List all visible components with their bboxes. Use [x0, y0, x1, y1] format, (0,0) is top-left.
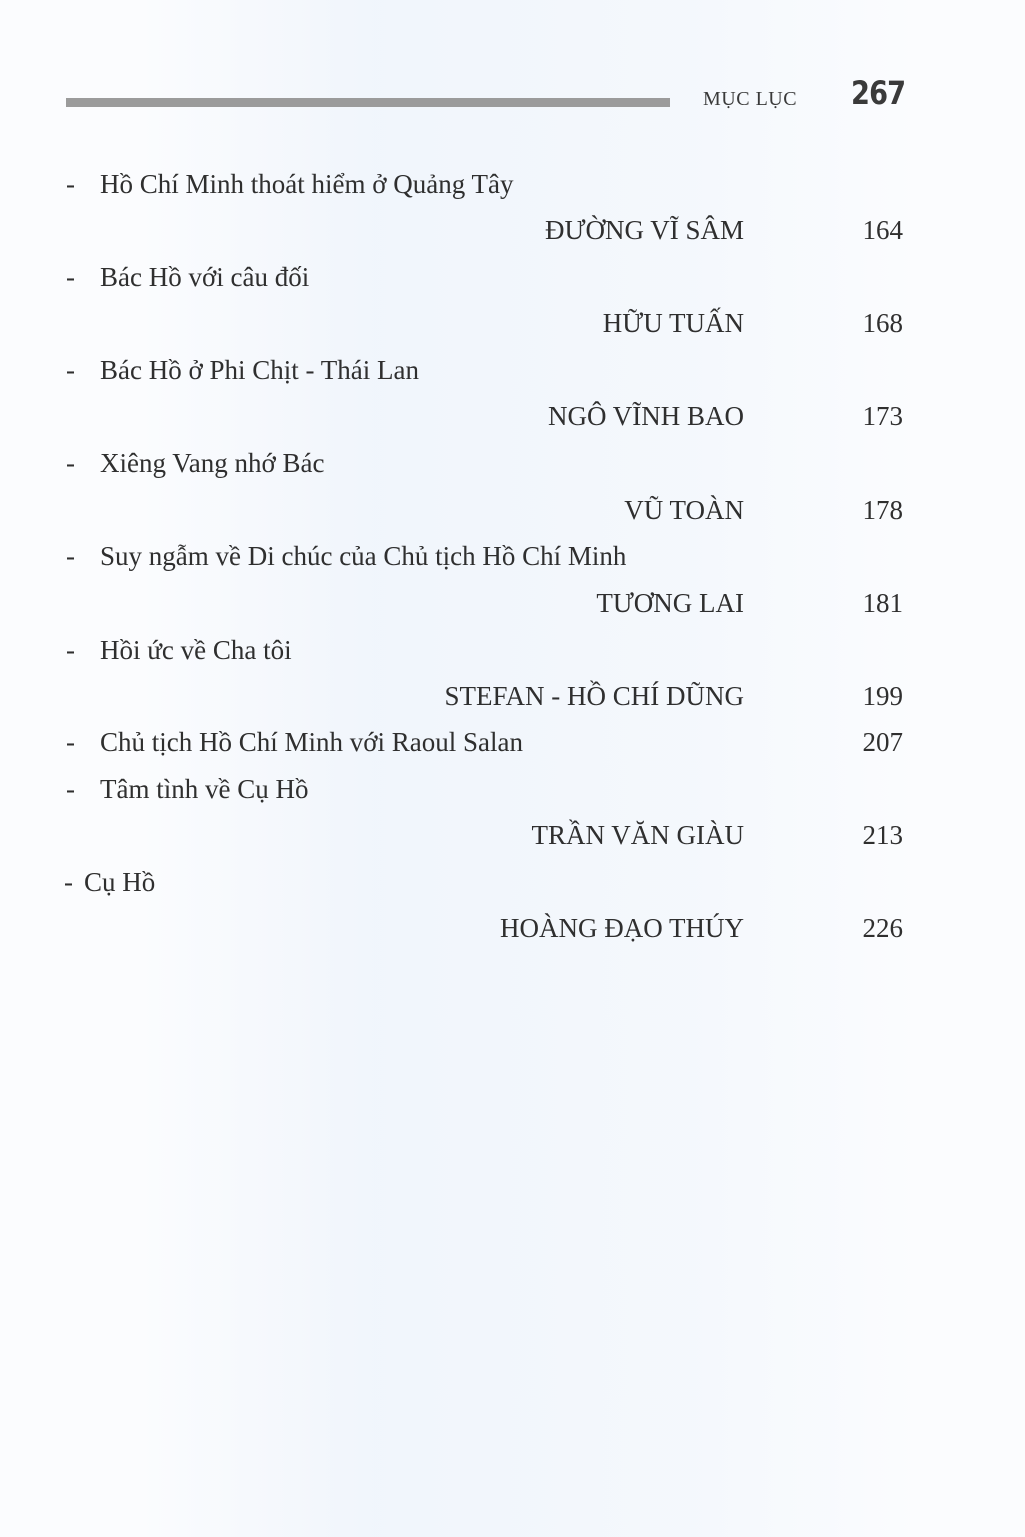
bullet-dash: - [66, 769, 75, 809]
toc-entry-title-row: - Suy ngẫm về Di chúc của Chủ tịch Hồ Ch… [0, 536, 1025, 576]
toc-entry-page: 226 [863, 908, 904, 948]
toc-entry-page: 173 [863, 396, 904, 436]
toc-entry-title-row: - Tâm tình về Cụ Hồ [0, 769, 1025, 809]
bullet-dash: - [66, 722, 75, 762]
toc-entry-title: Chủ tịch Hồ Chí Minh với Raoul Salan [100, 722, 523, 762]
bullet-dash: - [66, 164, 75, 204]
bullet-dash: - [64, 862, 73, 902]
toc-entry-title: Suy ngẫm về Di chúc của Chủ tịch Hồ Chí … [100, 536, 626, 576]
toc-entry-title: Bác Hồ ở Phi Chịt - Thái Lan [100, 350, 419, 390]
bullet-dash: - [66, 350, 75, 390]
toc-entry-title: Tâm tình về Cụ Hồ [100, 769, 308, 809]
toc-entry-page: 199 [863, 676, 904, 716]
toc-entry-title-row: - Hồi ức về Cha tôi [0, 630, 1025, 670]
bullet-dash: - [66, 257, 75, 297]
toc-entry-author: NGÔ VĨNH BAO [548, 396, 744, 436]
toc-entry-title: Bác Hồ với câu đối [100, 257, 309, 297]
toc-entry-author: HỮU TUẤN [603, 303, 744, 343]
toc-entry-author: VŨ TOÀN [624, 490, 744, 530]
bullet-dash: - [66, 536, 75, 576]
toc-entry-page: 207 [863, 722, 904, 762]
toc-entry-author: TRẦN VĂN GIÀU [532, 815, 745, 855]
toc-entry-title-row: - Xiêng Vang nhớ Bác [0, 443, 1025, 483]
toc-entry-page: 168 [863, 303, 904, 343]
bullet-dash: - [66, 630, 75, 670]
toc-entry-author-row: NGÔ VĨNH BAO 173 [0, 396, 1025, 436]
toc-entry-page: 213 [863, 815, 904, 855]
toc-entry-title: Hồi ức về Cha tôi [100, 630, 292, 670]
toc-entry-title: Xiêng Vang nhớ Bác [100, 443, 325, 483]
header-rule [66, 98, 670, 107]
bullet-dash: - [66, 443, 75, 483]
toc-entry-title-row: - Cụ Hồ [0, 862, 1025, 902]
toc-entry-title-row: - Hồ Chí Minh thoát hiểm ở Quảng Tây [0, 164, 1025, 204]
toc-entry-author-row: TƯƠNG LAI 181 [0, 583, 1025, 623]
running-title: MỤC LỤC [703, 88, 797, 111]
toc-entry-title-row: - Bác Hồ với câu đối [0, 257, 1025, 297]
toc-entry-author-row: STEFAN - HỒ CHÍ DŨNG 199 [0, 676, 1025, 716]
toc-entry-author: TƯƠNG LAI [596, 583, 744, 623]
toc-entry-title-row: - Chủ tịch Hồ Chí Minh với Raoul Salan 2… [0, 722, 1025, 762]
toc-entry-page: 181 [863, 583, 904, 623]
toc-entry-title: Hồ Chí Minh thoát hiểm ở Quảng Tây [100, 164, 514, 204]
toc-entry-page: 164 [863, 210, 904, 250]
toc-entry-author-row: TRẦN VĂN GIÀU 213 [0, 815, 1025, 855]
toc-entry-author-row: ĐƯỜNG VĨ SÂM 164 [0, 210, 1025, 250]
toc-entry-title: Cụ Hồ [84, 862, 155, 902]
toc-entry-author-row: HOÀNG ĐẠO THÚY 226 [0, 908, 1025, 948]
toc-entry-author: ĐƯỜNG VĨ SÂM [545, 210, 744, 250]
page-number: 267 [851, 74, 905, 112]
toc-entry-author-row: HỮU TUẤN 168 [0, 303, 1025, 343]
toc-entry-title-row: - Bác Hồ ở Phi Chịt - Thái Lan [0, 350, 1025, 390]
toc-entry-author-row: VŨ TOÀN 178 [0, 490, 1025, 530]
toc-entry-page: 178 [863, 490, 904, 530]
toc-entry-author: STEFAN - HỒ CHÍ DŨNG [445, 676, 745, 716]
toc-entry-author: HOÀNG ĐẠO THÚY [500, 908, 744, 948]
